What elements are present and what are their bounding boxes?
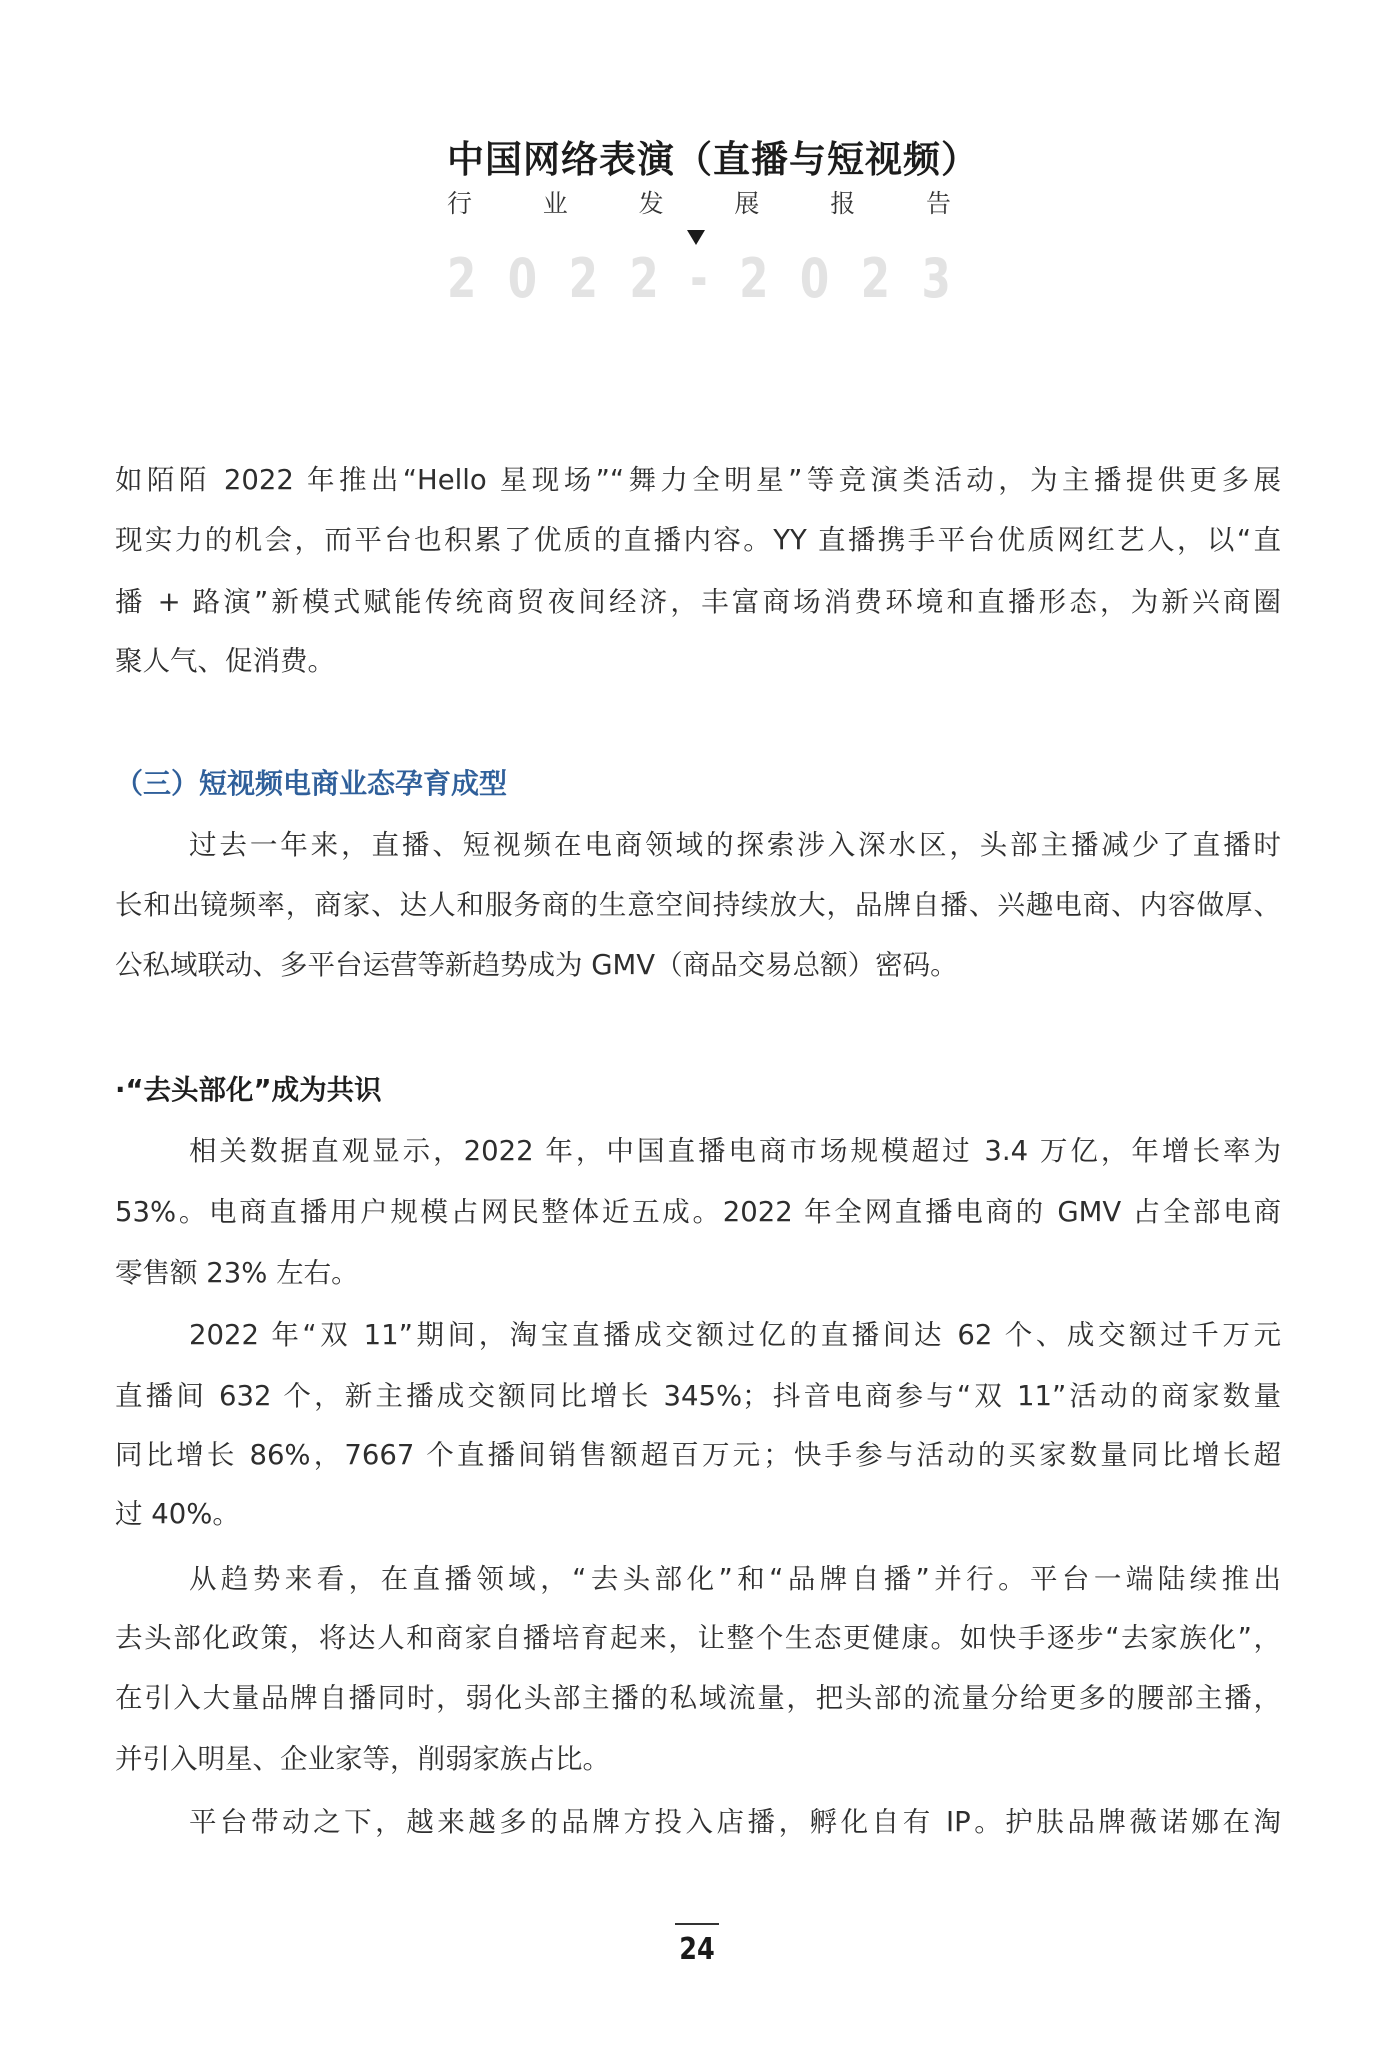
year-char: 2	[861, 250, 890, 308]
section-heading: （三）短视频电商业态孕育成型	[115, 762, 507, 806]
year-char: 3	[922, 250, 951, 308]
text-line: 聚人气、促消费。	[115, 641, 1281, 681]
report-year-range: 2 0 2 2 - 2 0 2 3	[447, 250, 951, 308]
year-char: 0	[800, 250, 829, 308]
text-line: 过去一年来，直播、短视频在电商领域的探索涉入深水区，头部主播减少了直播时	[189, 825, 1281, 865]
subtitle-char: 报	[830, 188, 855, 220]
page-number-rule	[675, 1923, 719, 1925]
text-line: 并引入明星、企业家等，削弱家族占比。	[115, 1739, 1281, 1779]
text-line: 公私域联动、多平台运营等新趋势成为 GMV（商品交易总额）密码。	[115, 945, 1281, 985]
subtitle-char: 展	[734, 188, 759, 220]
page-number: 24	[666, 1932, 729, 1968]
subtitle-char: 业	[543, 188, 568, 220]
triangle-down-icon	[687, 230, 705, 245]
year-char: 2	[569, 250, 598, 308]
subtitle-char: 发	[639, 188, 664, 220]
report-subtitle: 行 业 发 展 报 告	[447, 188, 951, 220]
text-line: 去头部化政策，将达人和商家自播培育起来，让整个生态更健康。如快手逐步“去家族化”…	[115, 1618, 1281, 1658]
text-line: 从趋势来看，在直播领域，“去头部化”和“品牌自播”并行。平台一端陆续推出	[189, 1559, 1281, 1599]
year-char: 2	[739, 250, 768, 308]
year-char: 2	[629, 250, 658, 308]
text-line: 在引入大量品牌自播同时，弱化头部主播的私域流量，把头部的流量分给更多的腰部主播，	[115, 1678, 1281, 1718]
text-line: 长和出镜频率，商家、达人和服务商的生意空间持续放大，品牌自播、兴趣电商、内容做厚…	[115, 885, 1281, 925]
year-char: 0	[508, 250, 537, 308]
bullet-heading: ·“去头部化”成为共识	[115, 1068, 382, 1112]
text-line: 53%。电商直播用户规模占网民整体近五成。2022 年全网直播电商的 GMV 占…	[115, 1192, 1281, 1232]
text-line: 过 40%。	[115, 1494, 1281, 1534]
year-char: 2	[447, 250, 476, 308]
report-page: 中国网络表演（直播与短视频） 行 业 发 展 报 告 2 0 2 2 - 2 0…	[0, 0, 1400, 2050]
subtitle-char: 告	[926, 188, 951, 220]
text-line: 播 + 路演”新模式赋能传统商贸夜间经济，丰富商场消费环境和直播形态，为新兴商圈	[115, 582, 1281, 622]
text-line: 平台带动之下，越来越多的品牌方投入店播，孵化自有 IP。护肤品牌薇诺娜在淘	[189, 1802, 1281, 1842]
year-char: -	[690, 250, 707, 308]
text-line: 如陌陌 2022 年推出“Hello 星现场”“舞力全明星”等竞演类活动，为主播…	[115, 460, 1281, 500]
text-line: 相关数据直观显示，2022 年，中国直播电商市场规模超过 3.4 万亿，年增长率…	[189, 1131, 1281, 1171]
text-line: 2022 年“双 11”期间，淘宝直播成交额过亿的直播间达 62 个、成交额过千…	[189, 1315, 1281, 1355]
subtitle-char: 行	[447, 188, 472, 220]
text-line: 现实力的机会，而平台也积累了优质的直播内容。YY 直播携手平台优质网红艺人，以“…	[115, 520, 1281, 560]
report-title: 中国网络表演（直播与短视频）	[447, 138, 951, 182]
text-line: 直播间 632 个，新主播成交额同比增长 345%；抖音电商参与“双 11”活动…	[115, 1376, 1281, 1416]
text-line: 零售额 23% 左右。	[115, 1253, 1281, 1293]
text-line: 同比增长 86%，7667 个直播间销售额超百万元；快手参与活动的买家数量同比增…	[115, 1435, 1281, 1475]
